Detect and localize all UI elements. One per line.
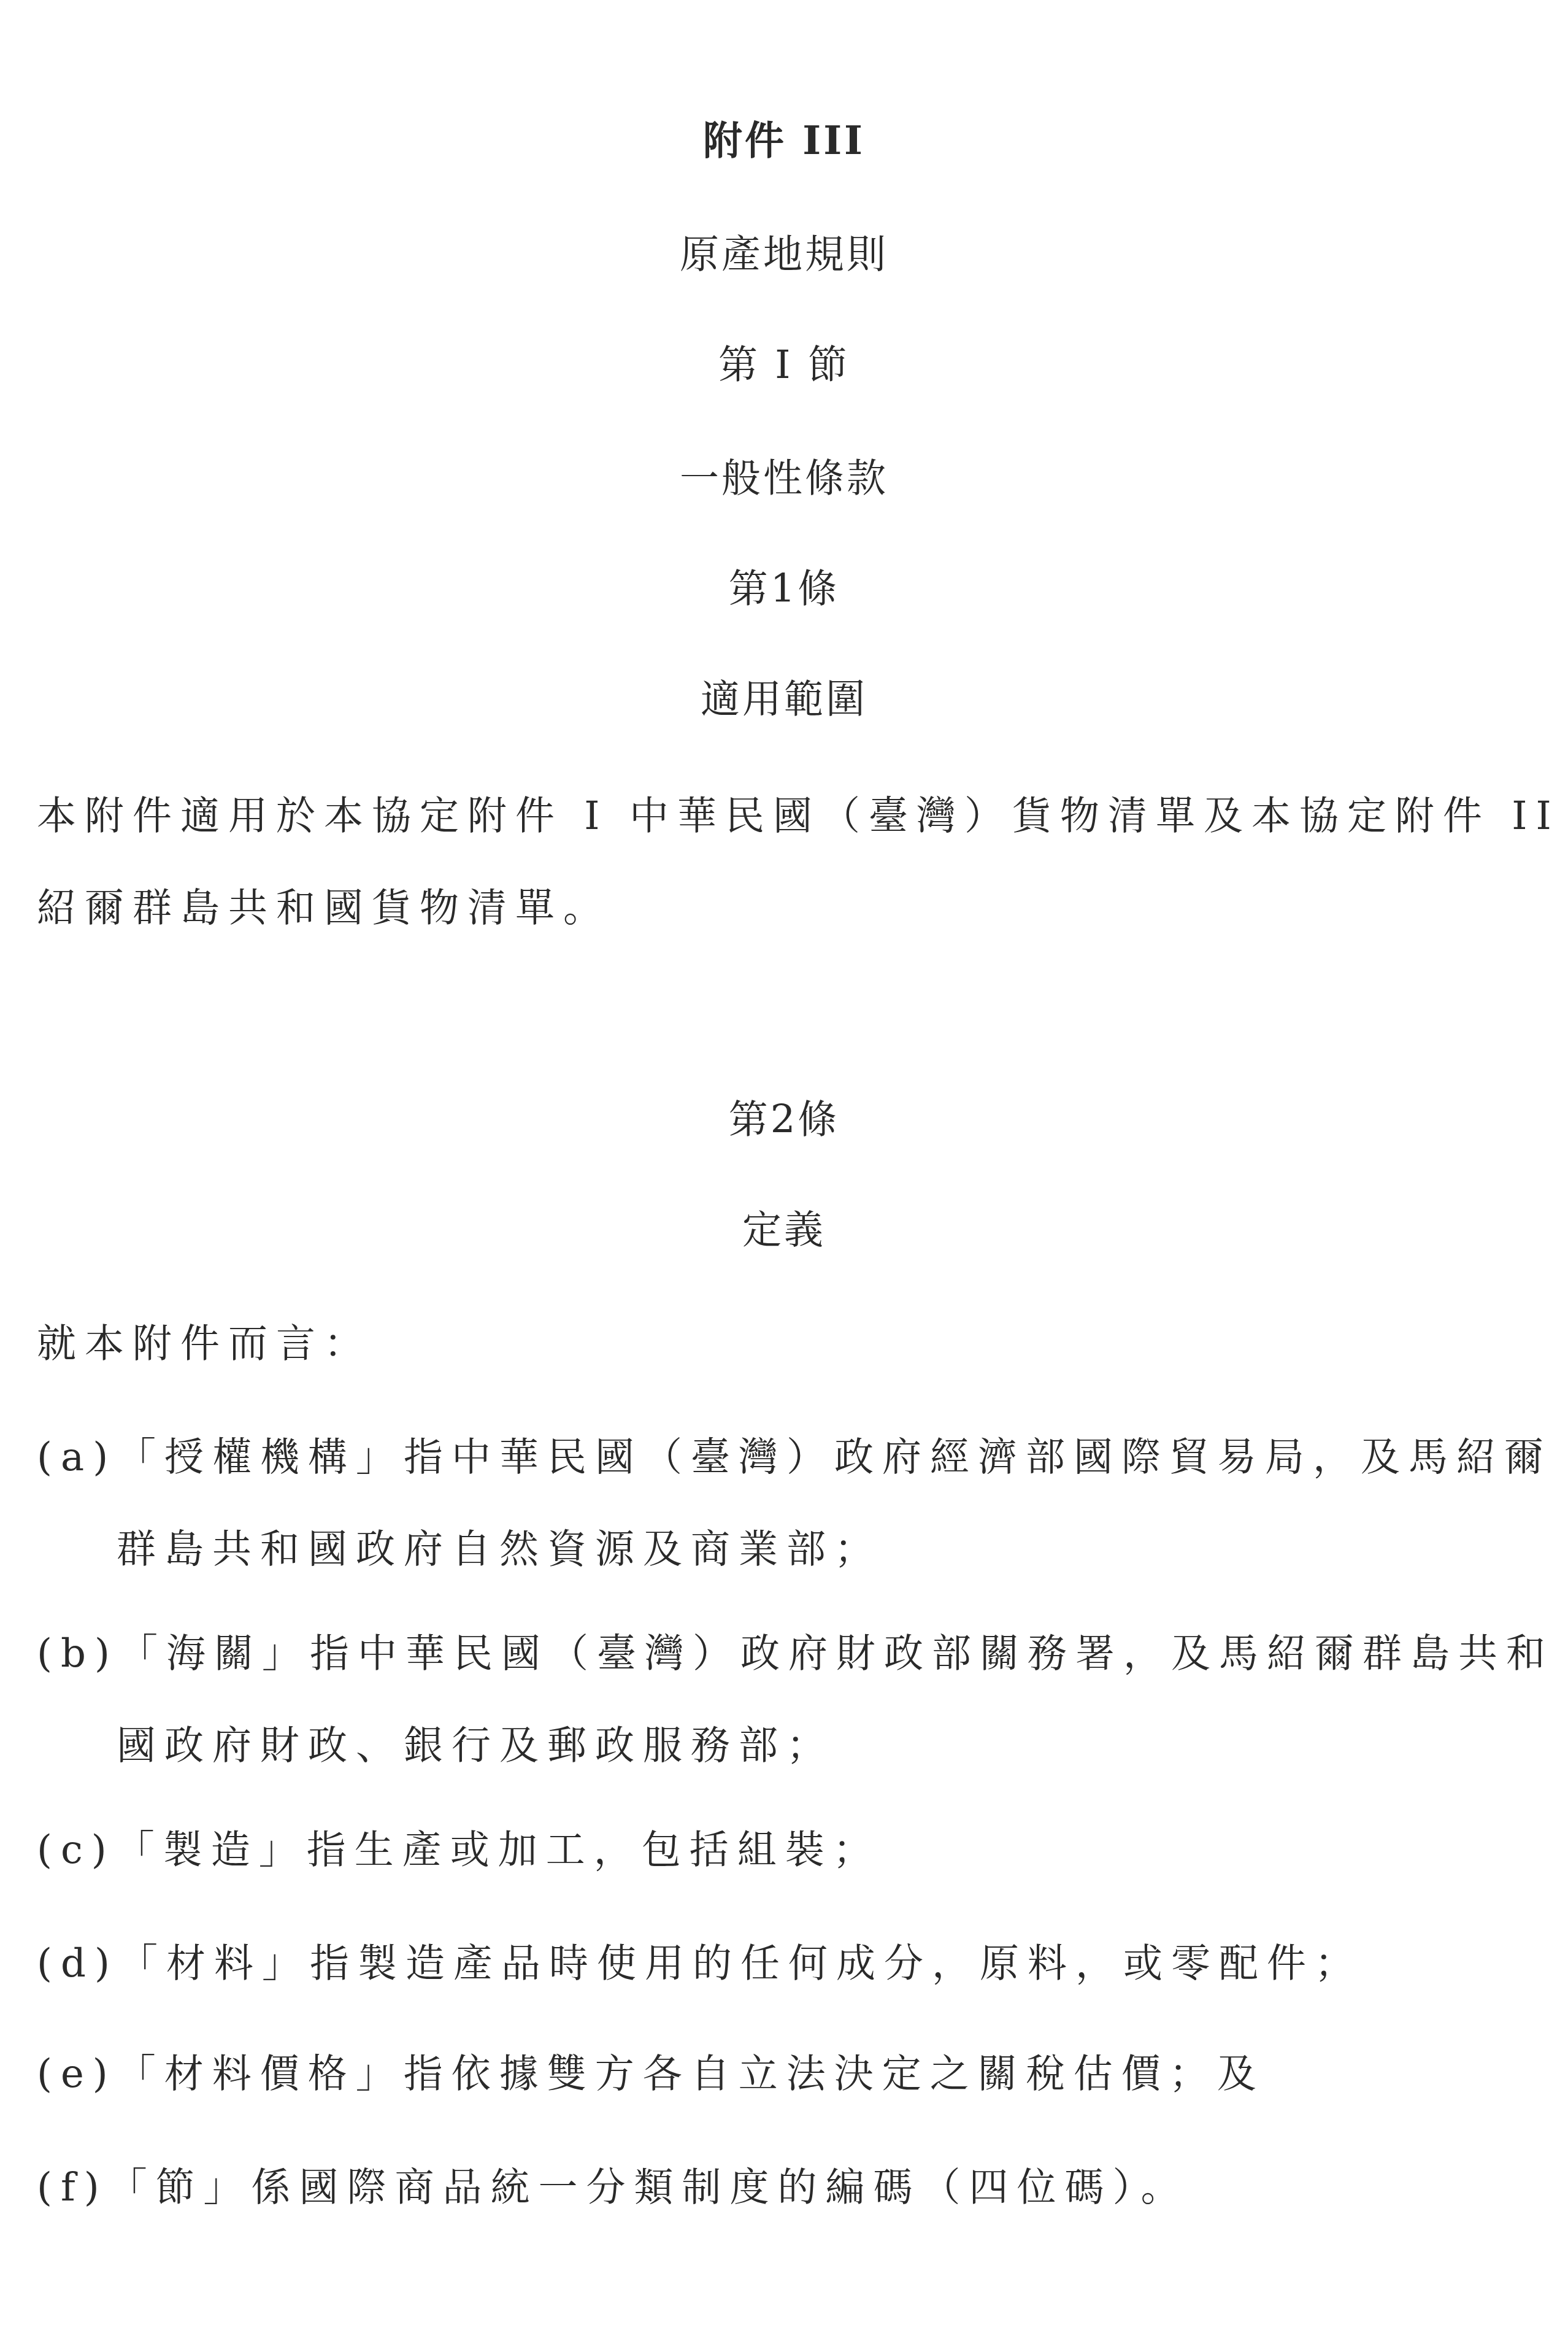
definition-item-e: (e)「材料價格」指依據雙方各自立法決定之關稅估價；及 (37, 2050, 1534, 2099)
item-label: (f) (37, 2163, 108, 2212)
annex-title: 附件 III (0, 117, 1568, 166)
item-label: (c) (37, 1826, 115, 1875)
definition-item-d: (d)「材料」指製造產品時使用的任何成分，原料，或零配件； (37, 1939, 1534, 1988)
definition-item-c: (c)「製造」指生產或加工，包括組裝； (37, 1826, 1534, 1875)
article-1-body-line-1: 本附件適用於本協定附件 I 中華民國（臺灣）貨物清單及本協定附件 II 馬 (37, 792, 1534, 841)
article-1-number: 第1條 (0, 565, 1568, 614)
article-2-intro: 就本附件而言： (37, 1319, 1534, 1368)
item-label: (d) (37, 1939, 118, 1988)
item-text: 「節」係國際商品統一分類制度的編碼（四位碼）。 (108, 2165, 1189, 2210)
item-label: (e) (37, 2050, 117, 2099)
item-text: 「授權機構」指中華民國（臺灣）政府經濟部國際貿易局，及馬紹爾 (117, 1435, 1552, 1480)
section-title: 一般性條款 (0, 454, 1568, 503)
item-text: 「海關」指中華民國（臺灣）政府財政部關務署，及馬紹爾群島共和 (118, 1631, 1554, 1676)
article-2-number: 第2條 (0, 1095, 1568, 1144)
article-2-title: 定義 (0, 1206, 1568, 1255)
definition-item-f: (f)「節」係國際商品統一分類制度的編碼（四位碼）。 (37, 2163, 1534, 2212)
item-text: 「材料」指製造產品時使用的任何成分，原料，或零配件； (118, 1941, 1362, 1986)
article-1-body-line-2: 紹爾群島共和國貨物清單。 (37, 884, 1534, 933)
definition-item-a-continuation: 群島共和國政府自然資源及商業部； (117, 1525, 882, 1574)
definition-item-b: (b)「海關」指中華民國（臺灣）政府財政部關務署，及馬紹爾群島共和 (37, 1629, 1534, 1678)
item-label: (a) (37, 1433, 117, 1482)
item-text: 「製造」指生產或加工，包括組裝； (115, 1827, 881, 1873)
definition-item-b-continuation: 國政府財政、銀行及郵政服務部； (117, 1721, 834, 1770)
article-1-title: 適用範圍 (0, 675, 1568, 724)
item-label: (b) (37, 1629, 118, 1678)
section-number: 第 I 節 (0, 341, 1568, 390)
item-text: 「材料價格」指依據雙方各自立法決定之關稅估價；及 (117, 2051, 1265, 2097)
annex-subtitle: 原產地規則 (0, 230, 1568, 279)
definition-item-a: (a)「授權機構」指中華民國（臺灣）政府經濟部國際貿易局，及馬紹爾 (37, 1433, 1534, 1482)
